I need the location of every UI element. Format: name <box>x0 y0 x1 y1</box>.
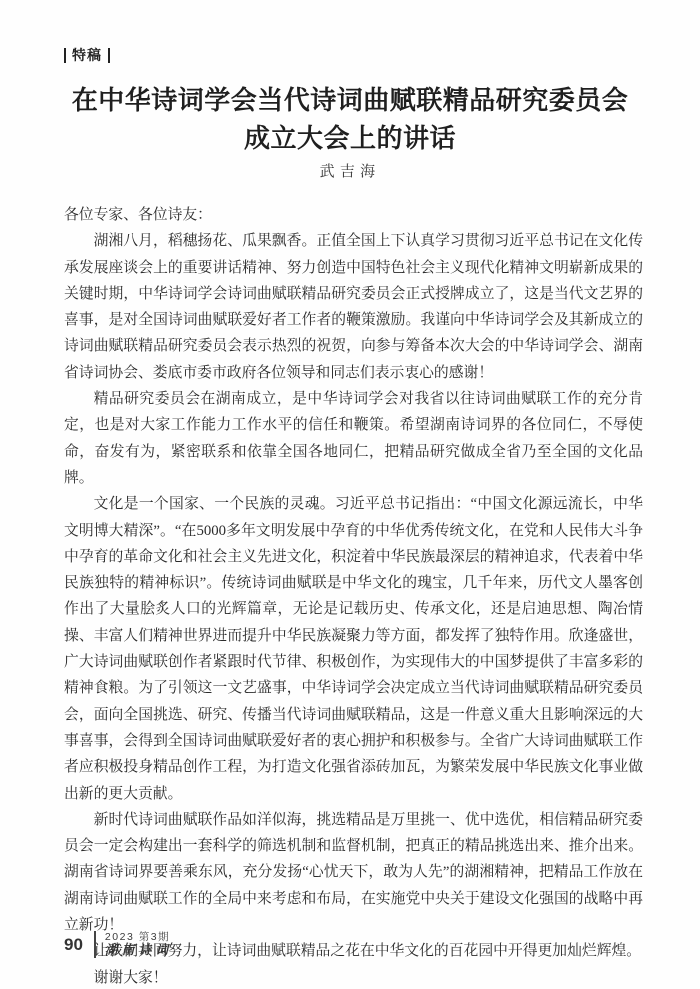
section-label-text: 特稿 <box>72 45 102 65</box>
section-label-bar-right <box>108 48 110 63</box>
section-label-bar-left <box>64 48 66 63</box>
salutation: 各位专家、各位诗友： <box>64 202 643 228</box>
footer-divider <box>94 931 96 958</box>
paragraph-3: 文化是一个国家、一个民族的灵魂。习近平总书记指出：“中国文化源远流长，中华文明博… <box>64 491 643 807</box>
page-footer: 90 2023 第3期 湖南诗词 <box>64 931 172 958</box>
paragraph-2: 精品研究委员会在湖南成立，是中华诗词学会对我省以往诗词曲赋联工作的充分肯定，也是… <box>64 386 643 491</box>
paragraph-4: 新时代诗词曲赋联作品如洋似海，挑选精品是万里挑一、优中选优，相信精品研究委员会一… <box>64 807 643 938</box>
paragraph-6: 谢谢大家！ <box>64 965 643 989</box>
article-body: 各位专家、各位诗友： 湖湘八月，稻穗扬花、瓜果飘香。正值全国上下认真学习贯彻习近… <box>64 202 643 989</box>
author-name: 武吉海 <box>0 160 700 181</box>
article-title: 在中华诗词学会当代诗词曲赋联精品研究委员会 成立大会上的讲话 <box>0 82 700 158</box>
paragraph-1: 湖湘八月，稻穗扬花、瓜果飘香。正值全国上下认真学习贯彻习近平总书记在文化传承发展… <box>64 228 643 386</box>
section-label: 特稿 <box>64 45 110 65</box>
article-title-line2: 成立大会上的讲话 <box>0 120 700 158</box>
page-number: 90 <box>64 935 94 955</box>
footer-journal-info: 2023 第3期 湖南诗词 <box>105 931 173 958</box>
journal-page: 特稿 在中华诗词学会当代诗词曲赋联精品研究委员会 成立大会上的讲话 武吉海 各位… <box>0 0 700 989</box>
issue-label: 2023 第3期 <box>105 931 173 943</box>
article-title-line1: 在中华诗词学会当代诗词曲赋联精品研究委员会 <box>0 82 700 120</box>
journal-name: 湖南诗词 <box>105 943 173 958</box>
